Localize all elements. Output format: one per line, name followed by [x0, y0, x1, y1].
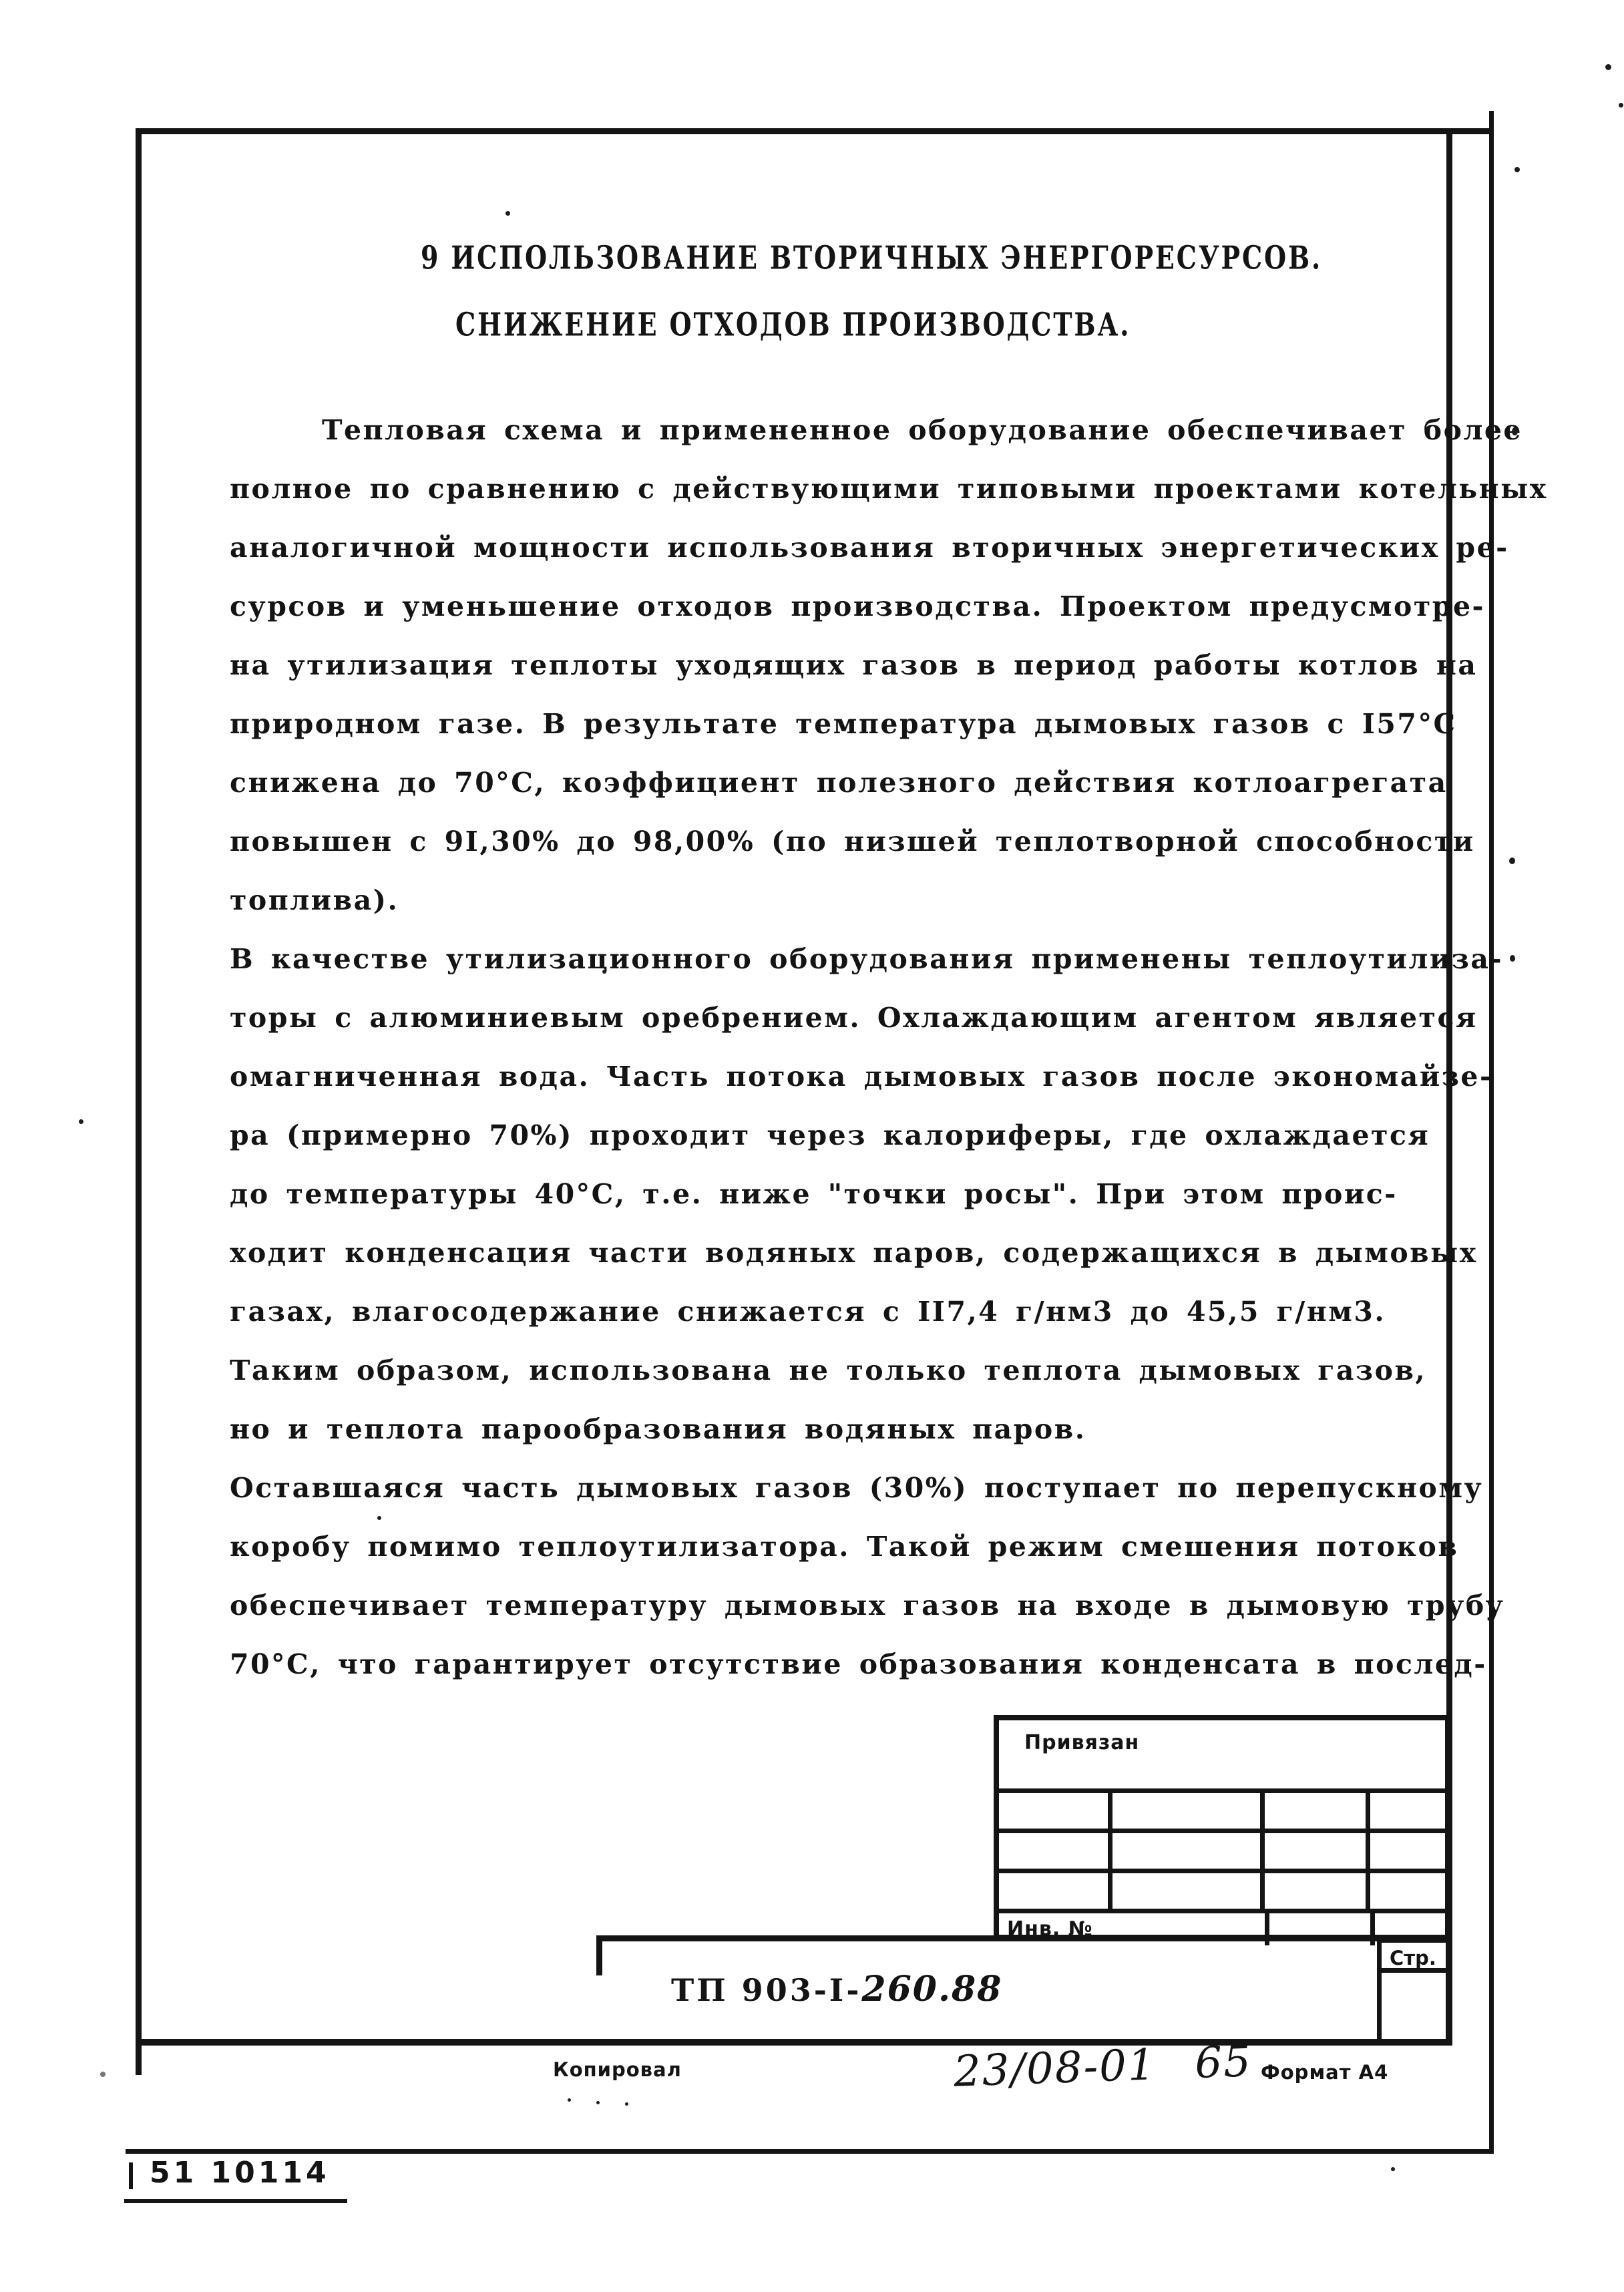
handwritten-order-number: 23/08-0165 — [953, 2037, 1253, 2097]
footer-rule-line — [126, 2149, 1494, 2154]
text-line: повышен с 9I,30% до 98,00% (по низшей те… — [230, 812, 1438, 871]
order-number-suffix: 65 — [1194, 2037, 1253, 2088]
scan-speck — [79, 1119, 83, 1124]
stamp-empty-cell — [1112, 1833, 1265, 1869]
scan-speck — [602, 970, 606, 974]
stamp-empty-cell — [1265, 1873, 1370, 1909]
stamp-grid-row — [999, 1873, 1445, 1913]
footer-code-underline — [124, 2199, 347, 2203]
text-line: снижена до 70°С, коэффициент полезного д… — [230, 753, 1438, 812]
text-line: на утилизация теплоты уходящих газов в п… — [230, 636, 1438, 695]
doc-number-typed: ТП 903-I- — [671, 1972, 861, 2008]
text-line: омагниченная вода. Часть потока дымовых … — [230, 1047, 1438, 1106]
stamp-privyazan-cell: Привязан — [999, 1720, 1445, 1793]
doc-number-handwritten: 260.88 — [861, 1969, 1002, 2010]
section-title-line-2: СНИЖЕНИЕ ОТХОДОВ ПРОИЗВОДСТВА. — [455, 306, 1131, 343]
page-label-cell: Стр. — [1382, 1943, 1446, 1973]
scan-speck — [625, 2102, 628, 2106]
title-block-stamp: Привязан Инв. № — [994, 1715, 1450, 1940]
stamp-empty-cell — [1370, 1873, 1445, 1909]
scan-speck — [1509, 857, 1515, 864]
text-line: Оставшаяся часть дымовых газов (30%) пос… — [230, 1459, 1438, 1517]
text-line: но и теплота парообразования водяных пар… — [230, 1400, 1438, 1459]
scan-speck — [596, 2101, 600, 2104]
text-line: топлива). — [230, 871, 1438, 930]
stamp-empty-cell — [1112, 1873, 1265, 1909]
text-line: Таким образом, использована не только те… — [230, 1341, 1438, 1400]
stamp-empty-cell — [999, 1833, 1112, 1869]
scan-speck — [1514, 167, 1520, 172]
text-line: коробу помимо теплоутилизатора. Такой ре… — [230, 1517, 1438, 1576]
text-line: до температуры 40°С, т.е. ниже "точки ро… — [230, 1165, 1438, 1223]
stamp-empty-cell — [1370, 1793, 1445, 1829]
kopiroval-label: Копировал — [553, 2058, 682, 2081]
scan-speck — [1605, 64, 1611, 70]
page-number-box: Стр. — [1377, 1938, 1450, 2045]
section-title-line-1: 9 ИСПОЛЬЗОВАНИЕ ВТОРИЧНЫХ ЭНЕРГОРЕСУРСОВ… — [421, 239, 1322, 276]
text-line: газах, влагосодержание снижается с II7,4… — [230, 1282, 1438, 1341]
stamp-grid-row — [999, 1793, 1445, 1833]
stamp-empty-cell — [999, 1873, 1112, 1909]
scan-speck — [377, 1516, 381, 1520]
doc-number-row-left-tick — [596, 1935, 602, 1975]
frame-top-border — [136, 128, 1494, 134]
document-body: Тепловая схема и примененное оборудовани… — [230, 401, 1438, 1694]
document-designation: ТП 903-I-260.88 — [671, 1969, 1002, 2010]
format-label: Формат А4 — [1261, 2061, 1388, 2084]
text-line: полное по сравнению с действующими типов… — [230, 459, 1438, 518]
stamp-empty-cell — [999, 1793, 1112, 1829]
scan-speck — [1512, 427, 1518, 435]
stamp-empty-cell — [1112, 1793, 1265, 1829]
text-line: обеспечивает температуру дымовых газов н… — [230, 1576, 1438, 1635]
privyazan-label: Привязан — [1024, 1731, 1139, 1754]
footer-code-tick — [129, 2162, 133, 2189]
page-label: Стр. — [1390, 1947, 1436, 1969]
scan-speck — [100, 2072, 106, 2077]
text-line: 70°С, что гарантирует отсутствие образов… — [230, 1635, 1438, 1694]
order-number: 23/08-01 — [953, 2040, 1157, 2097]
text-line: ходит конденсация части водяных паров, с… — [230, 1223, 1438, 1282]
text-line: ра (примерно 70%) проходит через калориф… — [230, 1106, 1438, 1165]
footer-code: 51 10114 — [150, 2156, 330, 2190]
text-line: сурсов и уменьшение отходов производства… — [230, 577, 1438, 636]
frame-left-border — [136, 128, 142, 2075]
stamp-empty-cell — [1370, 1833, 1445, 1869]
scan-speck — [1510, 955, 1515, 962]
stamp-grid-row — [999, 1833, 1445, 1873]
text-line: природном газе. В результате температура… — [230, 695, 1438, 753]
frame-bottom-border — [136, 2039, 1452, 2046]
scan-speck — [568, 2098, 571, 2102]
text-line: Тепловая схема и примененное оборудовани… — [230, 401, 1438, 459]
doc-number-row-top-line — [596, 1935, 1452, 1941]
text-line: аналогичной мощности использования втори… — [230, 518, 1438, 577]
stamp-empty-cell — [1265, 1833, 1370, 1869]
text-line: торы с алюминиевым оребрением. Охлаждающ… — [230, 988, 1438, 1047]
scan-speck — [1619, 103, 1623, 108]
text-line: В качестве утилизационного оборудования … — [230, 930, 1438, 988]
scan-speck — [505, 211, 510, 216]
stamp-empty-cell — [1265, 1793, 1370, 1829]
scanned-document-page: 9 ИСПОЛЬЗОВАНИЕ ВТОРИЧНЫХ ЭНЕРГОРЕСУРСОВ… — [0, 0, 1624, 2292]
scan-speck — [1391, 2167, 1395, 2171]
